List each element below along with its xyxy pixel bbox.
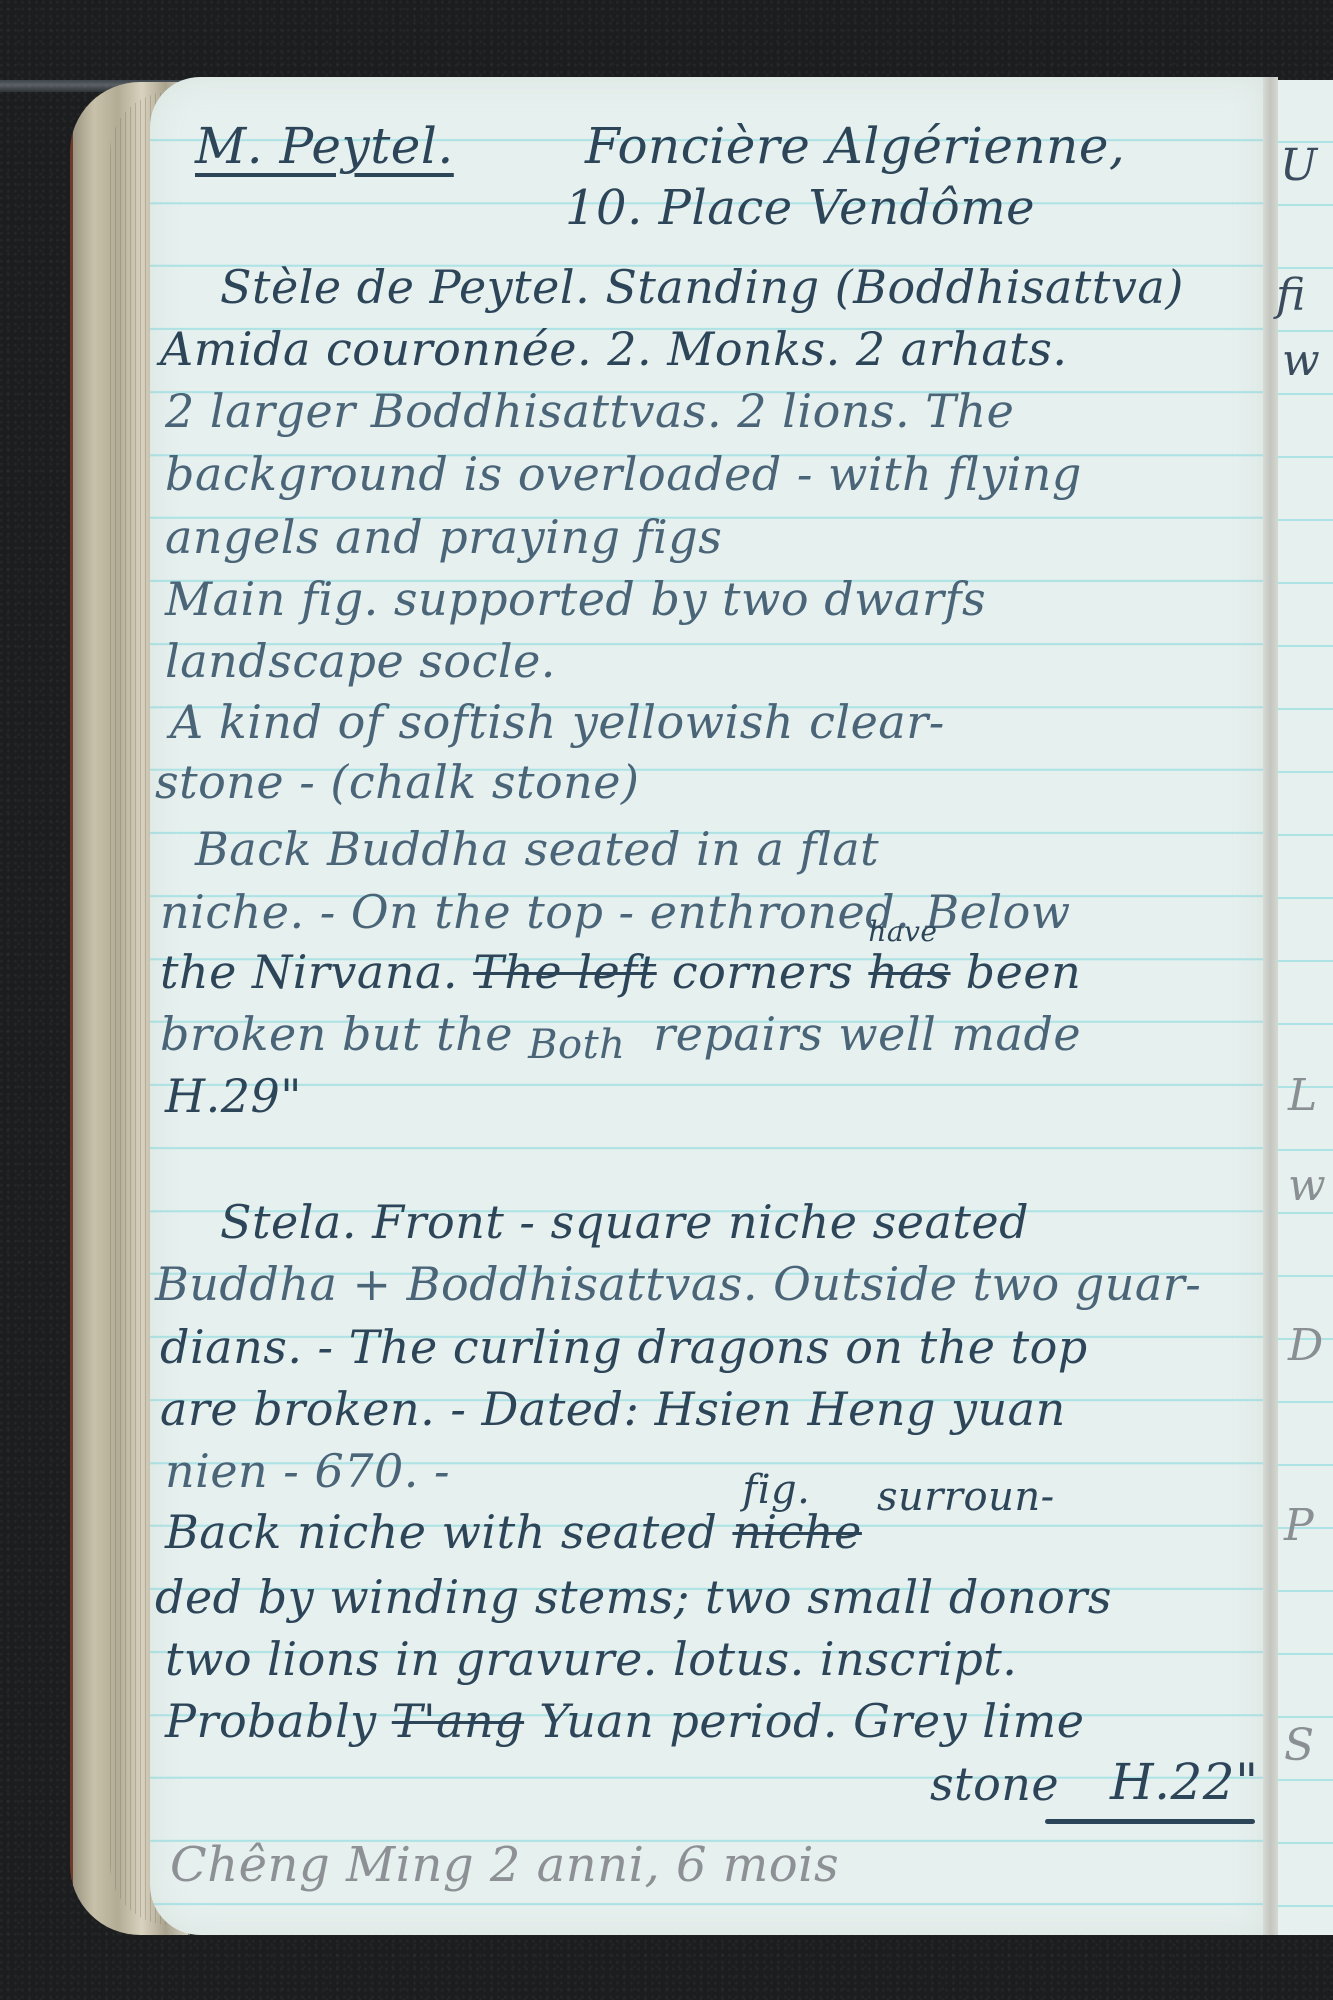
next-page-fragment: fi: [1276, 270, 1305, 321]
entry1-line9: stone - (chalk stone): [155, 755, 639, 809]
entry1-line3: 2 larger Boddhisattvas. 2 lions. The: [165, 384, 1014, 438]
next-page-fragment: w: [1288, 1160, 1326, 1211]
next-page-fragment: L: [1288, 1070, 1317, 1121]
pencil-note: Chêng Ming 2 anni, 6 mois: [170, 1837, 839, 1893]
height-underline: [1045, 1819, 1255, 1824]
back-niche-text: Back niche with seated: [165, 1505, 717, 1559]
entry1-nirvana-line: the Nirvana. The left corners have has b…: [160, 945, 1081, 999]
entry1-height: H.29": [165, 1069, 302, 1123]
entry1-line1: Stèle de Peytel. Standing (Boddhisattva): [220, 260, 1184, 314]
entry1-line7: landscape socle.: [165, 634, 556, 688]
entry2-line2: Buddha + Boddhisattvas. Outside two guar…: [155, 1257, 1201, 1311]
struck-text: The left: [473, 945, 657, 999]
yuan-text: Yuan period. Grey lime: [539, 1694, 1084, 1748]
entry2-line3: dians. - The curling dragons on the top: [160, 1320, 1088, 1374]
notebook-page: M. Peytel. Foncière Algérienne, 10. Plac…: [150, 77, 1263, 1935]
next-page-fragment: w: [1282, 335, 1320, 386]
entry2-line7: ded by winding stems; two small donors: [155, 1570, 1112, 1624]
entry1-line6: Main fig. supported by two dwarfs: [165, 572, 986, 626]
struck-has: has: [868, 945, 950, 999]
entry2-stone: stone: [930, 1757, 1059, 1811]
entry1-line2: Amida couronnée. 2. Monks. 2 arhats.: [160, 322, 1067, 376]
repairs-text: repairs well made: [653, 1007, 1081, 1061]
entry2-line1: Stela. Front - square niche seated: [220, 1195, 1029, 1249]
header-company: Foncière Algérienne,: [585, 117, 1125, 175]
struck-tang: T'ang: [392, 1694, 524, 1748]
nirvana-text: the Nirvana.: [160, 945, 458, 999]
entry2-line5: nien - 670. -: [165, 1444, 450, 1498]
corners-text: corners: [672, 945, 853, 999]
page-gutter: [1263, 77, 1278, 1935]
next-page-fragment: P: [1284, 1500, 1314, 1551]
entry2-line4: are broken. - Dated: Hsien Heng yuan: [160, 1382, 1066, 1436]
entry1-line4: background is overloaded - with flying: [165, 447, 1082, 501]
entry1-line8: A kind of softish yellowish clear-: [170, 695, 945, 749]
header-address: 10. Place Vendôme: [565, 180, 1035, 236]
insertion-have: have: [868, 915, 937, 948]
probably-text: Probably: [165, 1694, 377, 1748]
next-page-fragment: U: [1280, 140, 1317, 191]
entry1-line5: angels and praying figs: [165, 510, 722, 564]
header-name: M. Peytel.: [195, 117, 454, 175]
next-page-fragment: D: [1288, 1320, 1323, 1371]
entry1-broken-line: broken but the Both repairs well made: [160, 1007, 1081, 1061]
been-text: been: [966, 945, 1082, 999]
next-page-fragment: S: [1284, 1720, 1314, 1771]
struck-niche: niche: [732, 1505, 861, 1559]
entry2-line8: two lions in gravure. lotus. inscript.: [165, 1632, 1017, 1686]
entry2-height: H.22": [1110, 1753, 1259, 1811]
surroun-text: surroun-: [877, 1474, 1055, 1520]
entry1-line10: Back Buddha seated in a flat: [195, 822, 879, 876]
insertion-both: Both: [528, 1022, 625, 1068]
broken-text: broken but the: [160, 1007, 513, 1061]
entry2-probably-line: Probably T'ang Yuan period. Grey lime: [165, 1694, 1085, 1748]
entry2-back-niche-line: Back niche with seated fig. niche surrou…: [165, 1505, 1055, 1559]
next-page-edge: U fi w L w D P S: [1278, 80, 1333, 1935]
insertion-fig: fig.: [742, 1467, 810, 1513]
